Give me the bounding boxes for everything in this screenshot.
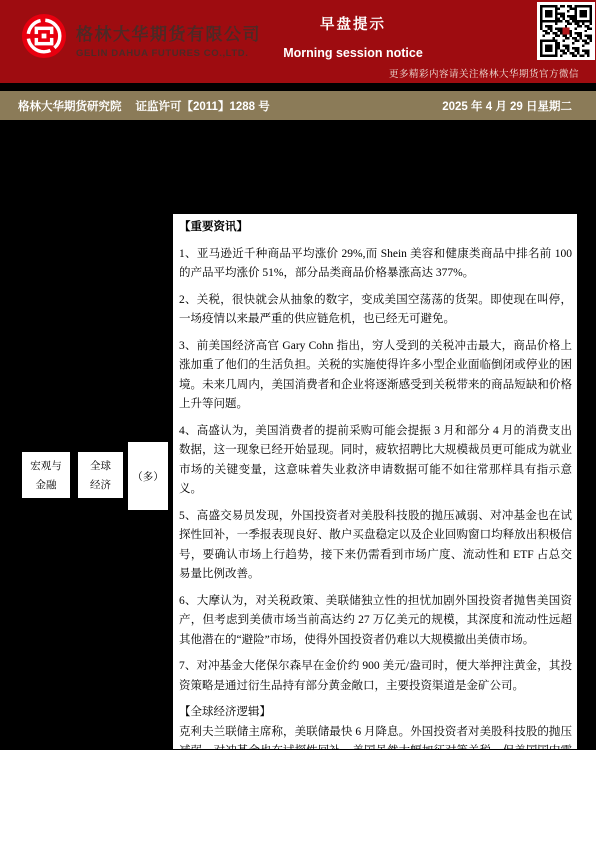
tag-direction-long: （多）	[128, 442, 168, 510]
news-item: 1、亚马逊近千种商品平均涨价 29%,而 Shein 美容和健康类商品中排名前 …	[179, 245, 572, 284]
tag-macro-finance: 宏观与 金融	[22, 452, 70, 498]
info-bar: 格林大华期货研究院 证监许可【2011】1288 号 2025 年 4 月 29…	[0, 91, 596, 120]
company-name-block: 格林大华期货有限公司 GELIN DAHUA FUTURES CO.,LTD.	[76, 20, 261, 59]
bulletin-title-block: 早盘提示 Morning session notice	[268, 13, 438, 60]
tag-direction-label: （多）	[132, 469, 164, 484]
news-item: 3、前美国经济高官 Gary Cohn 指出，穷人受到的关税冲击最大，商品价格上…	[179, 337, 572, 415]
bulletin-title-cn: 早盘提示	[268, 13, 438, 34]
wechat-follow-tip: 更多精彩内容请关注格林大华期货官方微信	[389, 66, 579, 80]
blank-page-area	[0, 750, 596, 842]
news-item: 5、高盛交易员发现，外国投资者对美股科技股的抛压减弱、对冲基金也在试探性回补，一…	[179, 507, 572, 585]
report-text-box: 【重要资讯】 1、亚马逊近千种商品平均涨价 29%,而 Shein 美容和健康类…	[172, 213, 578, 750]
news-item: 2、关税，很快就会从抽象的数字，变成美国空荡荡的货架。即使现在叫停，一场疫情以来…	[179, 291, 572, 330]
license-number: 证监许可【2011】1288 号	[136, 98, 270, 114]
tag-global-line2: 经济	[78, 476, 123, 495]
tag-global-economy: 全球 经济	[78, 452, 123, 498]
global-economy-logic-text: 克利夫兰联储主席称，美联储最快 6 月降息。外国投资者对美股科技股的抛压减弱、对…	[179, 723, 572, 751]
research-institute-label: 格林大华期货研究院	[18, 98, 122, 114]
tag-global-line1: 全球	[78, 457, 123, 476]
section-title-global-economy-logic: 【全球经济逻辑】	[179, 703, 572, 723]
news-item: 7、对冲基金大佬保尔森早在金价约 900 美元/盎司时，便大举押注黄金，其投资策…	[179, 657, 572, 696]
section-title-important-news: 【重要资讯】	[179, 218, 572, 238]
company-logo-icon	[21, 13, 67, 59]
qr-code-icon	[537, 2, 595, 60]
morning-notice-document: 格林大华期货有限公司 GELIN DAHUA FUTURES CO.,LTD. …	[0, 0, 596, 842]
news-item: 6、大摩认为，对关税政策、美联储独立性的担忧加剧外国投资者抛售美国资产，但考虑到…	[179, 592, 572, 651]
news-item: 4、高盛认为，美国消费者的提前采购可能会提振 3 月和部分 4 月的消费支出数据…	[179, 422, 572, 500]
document-header: 格林大华期货有限公司 GELIN DAHUA FUTURES CO.,LTD. …	[0, 0, 596, 83]
tag-macro-line2: 金融	[22, 476, 70, 495]
company-name-en: GELIN DAHUA FUTURES CO.,LTD.	[76, 48, 261, 59]
report-date: 2025 年 4 月 29 日星期二	[442, 98, 572, 114]
tag-macro-line1: 宏观与	[22, 457, 70, 476]
bulletin-title-en: Morning session notice	[268, 46, 438, 60]
company-name-cn: 格林大华期货有限公司	[76, 20, 261, 45]
